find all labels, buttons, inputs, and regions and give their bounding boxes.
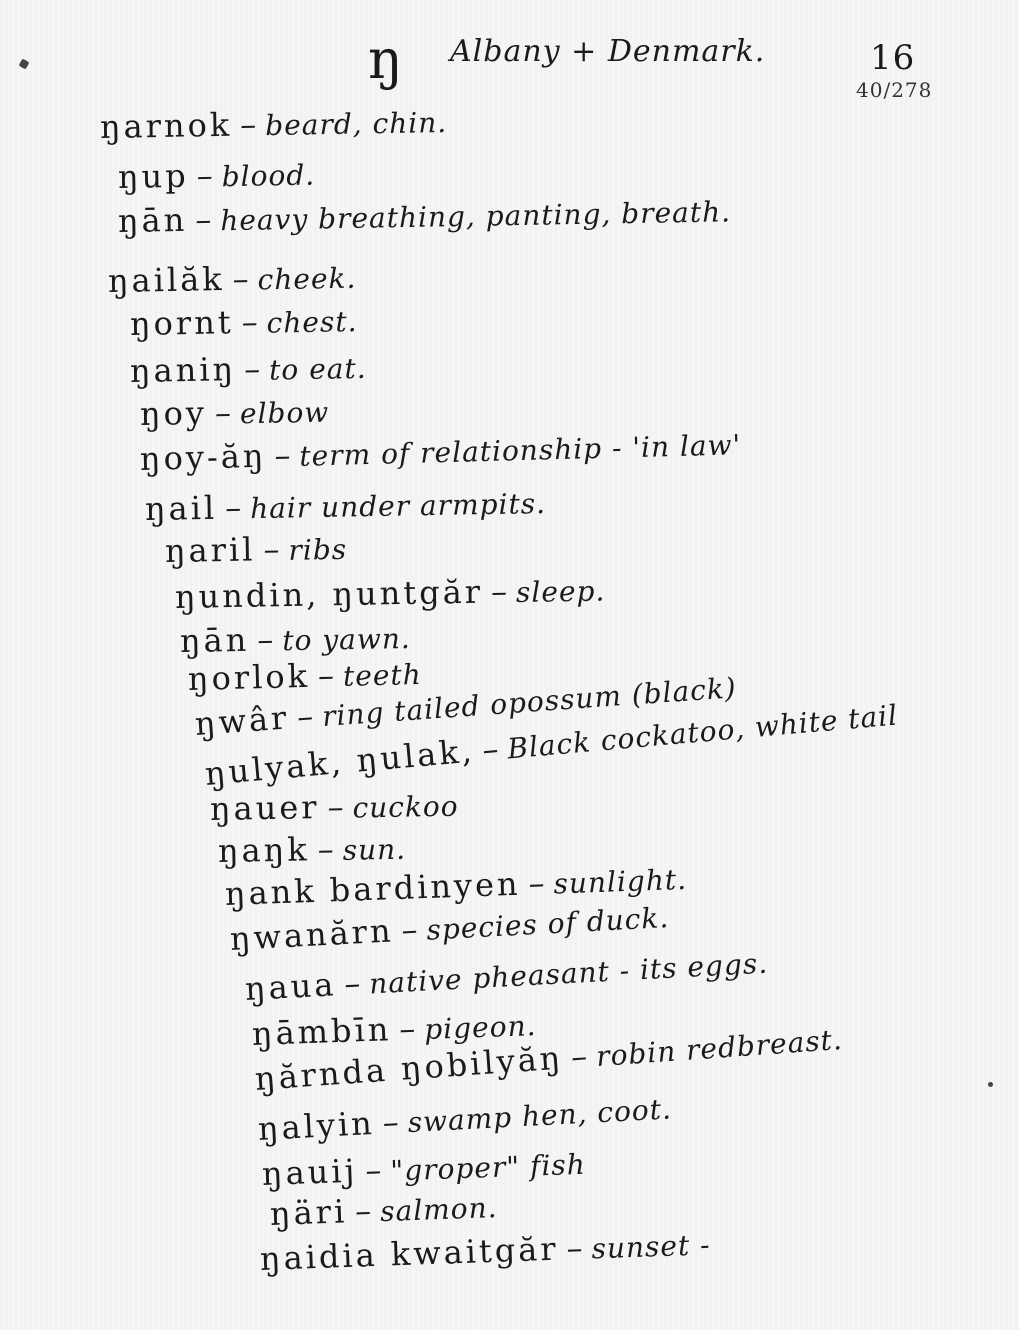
section-letter: ŋ [368,28,404,91]
entry-dash: – [244,350,262,388]
entry-word: ŋailăk [108,260,225,300]
page-number: 16 [870,38,915,78]
vocabulary-entry: ŋalyin–swamp hen, coot. [257,1088,673,1148]
entry-dash: – [240,105,258,143]
vocabulary-entry: ŋaril–ribs [165,529,348,570]
entry-dash: – [232,260,250,298]
entry-word: ŋāmbīn [251,1010,392,1053]
vocabulary-entry: ŋaidia kwaitgăr–sunset - [259,1224,711,1278]
vocabulary-entry: ŋaniŋ–to eat. [130,348,367,390]
entry-word: ŋwanărn [229,911,394,958]
entry-dash: – [195,200,213,238]
vocabulary-entry: ŋān–to yawn. [180,618,411,660]
entry-dash: – [491,572,509,610]
entry-gloss: heavy breathing, panting, breath. [220,195,731,237]
entry-gloss: blood. [221,159,315,194]
vocabulary-entry: ŋarnok–beard, chin. [100,102,448,146]
entry-gloss: cheek. [257,262,356,297]
entry-dash: – [365,1151,383,1190]
entry-gloss: native pheasant - its eggs. [368,947,768,1001]
entry-word: ŋank bardinyen [224,865,521,913]
entry-gloss: chest. [266,305,357,340]
entry-word: ŋail [145,489,218,528]
entry-gloss: sunset - [591,1228,711,1265]
entry-gloss: cuckoo [352,790,459,825]
entry-word: ŋān [118,201,188,240]
entry-dash: – [327,788,345,826]
entry-dash: – [570,1037,590,1076]
entry-word: ŋundin, ŋuntgăr [175,573,484,616]
entry-word: ŋornt [130,303,234,343]
entry-word: ŋauer [210,788,320,828]
entry-gloss: swamp hen, coot. [407,1092,673,1139]
vocabulary-entry: ŋauer–cuckoo [210,786,459,828]
entry-dash: – [274,436,292,474]
entry-word: ŋäri [269,1192,347,1233]
entry-dash: – [355,1191,373,1230]
entry-dash: – [263,530,281,568]
entry-gloss: salmon. [380,1191,498,1228]
entry-dash: – [241,303,259,341]
entry-gloss: species of duck. [426,901,670,947]
entry-gloss: ribs [288,533,347,567]
entry-dash: – [566,1229,584,1268]
entry-gloss: to yawn. [282,622,411,657]
entry-gloss: sleep. [516,574,606,609]
entry-word: ŋup [118,157,189,196]
place-heading: Albany + Denmark. [450,34,765,69]
ink-dot [988,1082,993,1087]
vocabulary-entry: ŋup–blood. [118,155,316,196]
entry-word: ŋoy [140,394,208,433]
manuscript-page: ŋ Albany + Denmark. 16 40/278 ŋarnok–bea… [0,0,1019,1330]
entry-word: ŋorlok [188,657,311,698]
ink-mark [19,59,30,70]
vocabulary-entry: ŋailăk–cheek. [108,258,357,300]
entry-word: ŋarnok [100,106,233,146]
entry-dash: – [215,393,233,431]
vocabulary-entry: ŋoy–elbow [140,392,330,433]
vocabulary-entry: ŋail–hair under armpits. [145,483,547,528]
entry-word: ŋaua [244,965,337,1008]
vocabulary-entry: ŋäri–salmon. [269,1187,498,1233]
entry-gloss: beard, chin. [265,106,447,142]
entry-dash: – [343,964,362,1003]
entry-dash: – [528,864,546,903]
vocabulary-entry: ŋornt–chest. [130,301,358,343]
entry-dash: – [257,620,275,658]
entry-word: ŋaril [165,530,256,570]
entry-gloss: sunlight. [553,863,688,901]
vocabulary-entry: ŋaŋk–sun. [218,829,407,870]
archive-reference: 40/278 [856,78,932,102]
entry-word: ŋān [180,621,250,660]
entry-dash: – [296,697,316,736]
entry-gloss: sun. [342,833,406,867]
entry-word: ŋoy-ăŋ [140,437,267,478]
entry-gloss: robin redbreast. [595,1023,844,1073]
entry-gloss: elbow [240,396,330,431]
entry-gloss: term of relationship - 'in law' [299,428,742,473]
entry-word: ŋaŋk [218,830,310,870]
entry-dash: – [399,1009,417,1048]
entry-dash: – [400,910,419,949]
entry-word: ŋaidia kwaitgăr [259,1230,559,1278]
entry-gloss: hair under armpits. [250,487,546,525]
vocabulary-entry: ŋundin, ŋuntgăr–sleep. [175,570,606,616]
entry-gloss: teeth [343,658,423,693]
entry-dash: – [225,488,243,526]
entry-word: ŋalyin [257,1104,376,1148]
vocabulary-entry: ŋauij–"groper" fish [261,1144,586,1193]
entry-dash: – [382,1103,401,1142]
entry-word: ŋauij [261,1152,358,1193]
entry-gloss: to eat. [269,352,367,387]
entry-dash: – [196,156,214,194]
entry-dash: – [481,729,501,768]
entry-word: ŋulyak, ŋulak, [203,732,476,793]
entry-word: ŋaniŋ [130,350,237,390]
vocabulary-entry: ŋoy-ăŋ–term of relationship - 'in law' [140,424,742,478]
entry-word: ŋwâr [194,698,291,742]
entry-gloss: "groper" fish [390,1148,586,1188]
vocabulary-entry: ŋān–heavy breathing, panting, breath. [118,191,732,240]
entry-dash: – [317,830,335,868]
entry-dash: – [318,656,336,694]
